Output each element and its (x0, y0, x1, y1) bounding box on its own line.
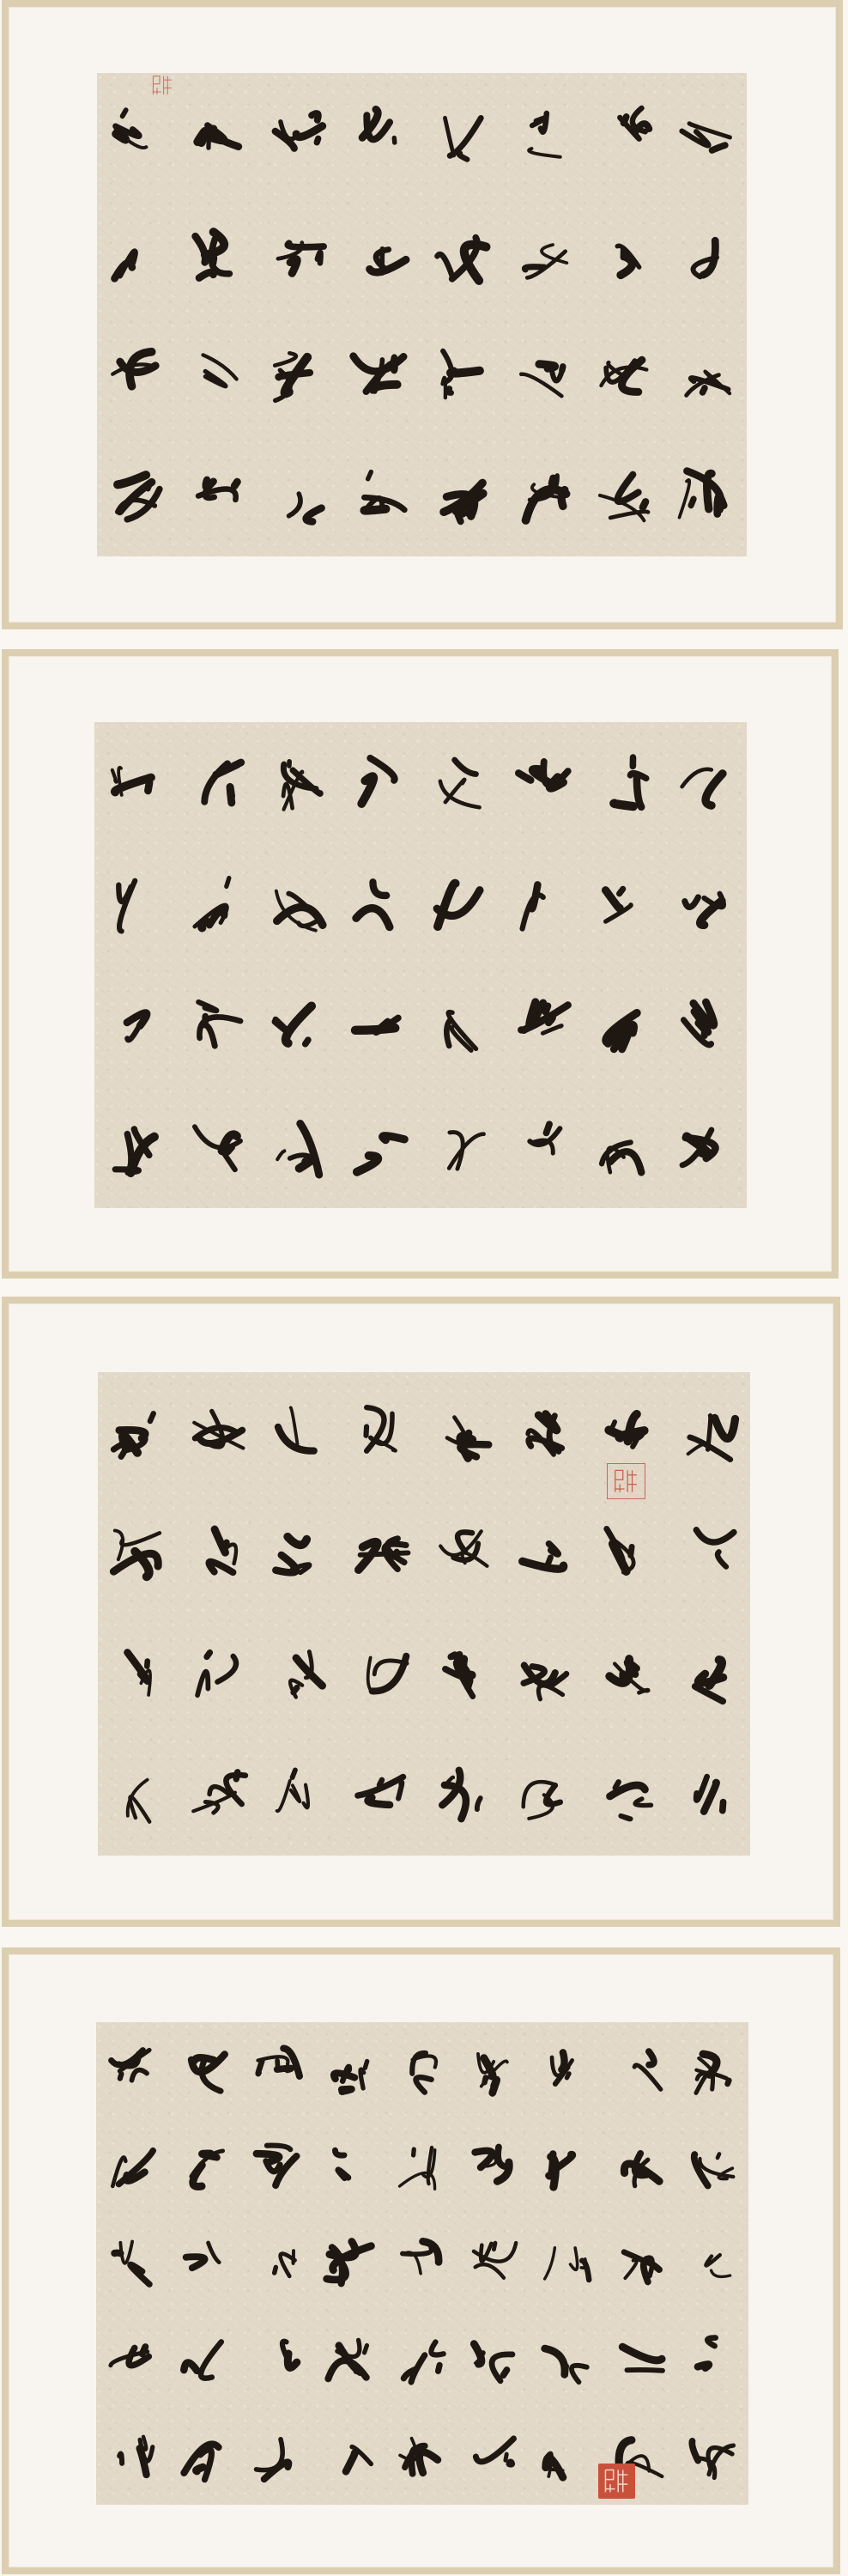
brush-glyph-icon (657, 460, 747, 532)
calligraphy-character (663, 2034, 748, 2107)
calligraphy-character (645, 1629, 750, 1720)
brush-glyph-icon (660, 1638, 750, 1710)
brush-glyph-icon (657, 98, 747, 168)
brush-glyph-icon (674, 2330, 748, 2389)
artist-seal-icon (607, 1463, 645, 1499)
calligraphy-character (645, 214, 747, 295)
calligraphy-character (644, 983, 747, 1068)
calligraphy-character (646, 1750, 750, 1841)
brush-glyph-icon (673, 2427, 748, 2487)
calligraphy-character (642, 1102, 747, 1194)
calligraphy-text-block (98, 1372, 750, 1856)
brush-glyph-icon (674, 2234, 748, 2293)
calligraphy-paper (96, 2022, 748, 2505)
brush-glyph-icon (660, 1759, 750, 1830)
calligraphy-paper (98, 1372, 750, 1856)
calligraphy-character (662, 2128, 748, 2205)
calligraphy-character (642, 858, 747, 951)
calligraphy-paper (94, 722, 747, 1208)
brush-glyph-icon (658, 750, 747, 816)
calligraphy-character (648, 1510, 750, 1596)
brush-glyph-icon (659, 1396, 750, 1469)
brush-glyph-icon (658, 343, 747, 408)
calligraphy-text-block (97, 73, 747, 556)
calligraphy-text-block (94, 722, 747, 1208)
brush-glyph-icon (656, 1112, 747, 1183)
brush-glyph-icon (657, 993, 747, 1059)
brush-glyph-icon (673, 2136, 748, 2196)
artist-seal-icon (129, 70, 196, 100)
calligraphy-character (642, 450, 747, 543)
calligraphy-character (645, 741, 747, 825)
calligraphy-text-block (96, 2022, 748, 2505)
brush-glyph-icon (661, 1520, 750, 1587)
artist-seal-icon (598, 2464, 635, 2499)
calligraphy-character (645, 1386, 750, 1479)
brush-glyph-icon (659, 222, 747, 286)
calligraphy-character (663, 2323, 748, 2398)
brush-glyph-icon (675, 2042, 748, 2099)
calligraphy-character (645, 333, 747, 416)
brush-glyph-icon (656, 868, 747, 940)
calligraphy-character (663, 2227, 748, 2301)
calligraphy-character (643, 88, 747, 179)
calligraphy-paper (97, 73, 747, 556)
calligraphy-character (663, 2418, 748, 2495)
